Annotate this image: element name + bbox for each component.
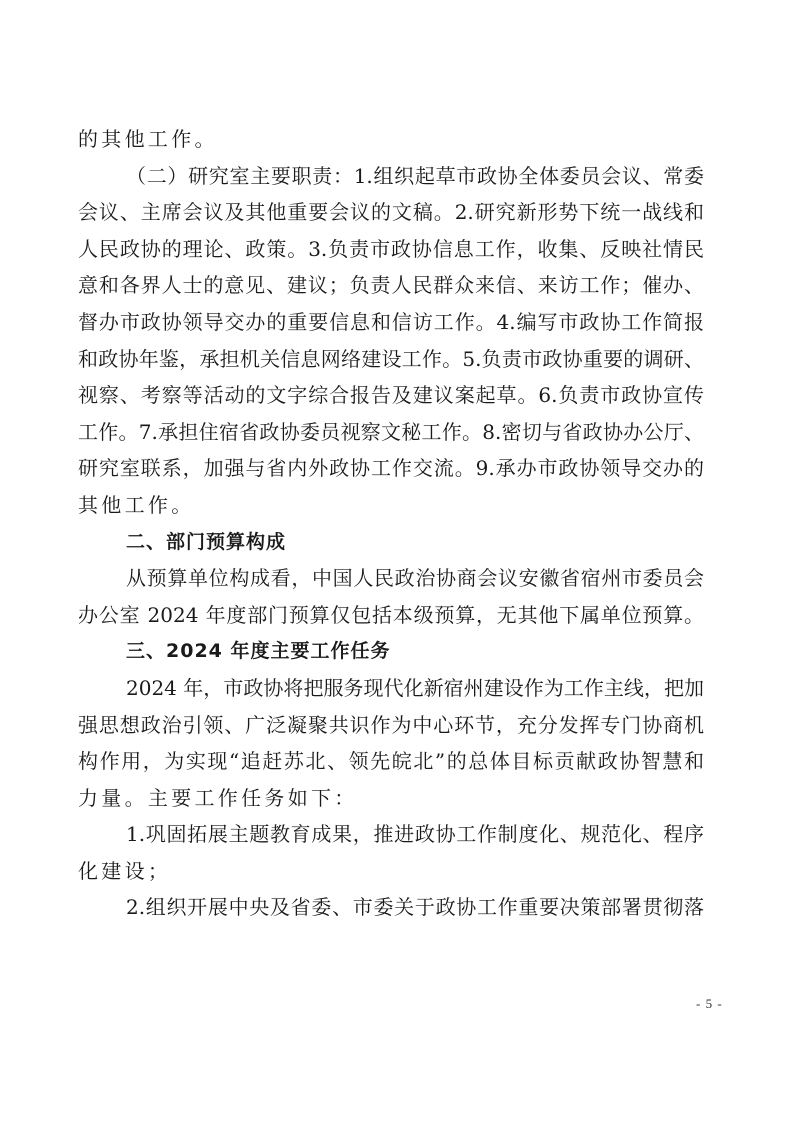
text-line: 构作用，为实现“追赶苏北、领先皖北”的总体目标贡献政协智慧和 [78, 743, 704, 780]
task-item-1: 1.巩固拓展主题教育成果，推进政协工作制度化、规范化、程序 [78, 816, 704, 853]
paragraph-budget-composition: 从预算单位构成看，中国人民政治协商会议安徽省宿州市委员会 [78, 560, 704, 597]
text-line: 其他工作。 [78, 487, 704, 524]
section-heading-main-tasks: 三、2024 年度主要工作任务 [78, 633, 704, 670]
paragraph-main-tasks-intro: 2024 年，市政协将把服务现代化新宿州建设作为工作主线，把加 [78, 670, 704, 707]
section-heading-budget-composition: 二、部门预算构成 [78, 524, 704, 561]
paragraph-research-office-duties: （二）研究室主要职责：1.组织起草市政协全体委员会议、常委 [78, 158, 704, 195]
text-line: 力量。主要工作任务如下： [78, 780, 704, 817]
text-line: 的其他工作。 [78, 121, 704, 158]
text-line: 督办市政协领导交办的重要信息和信访工作。4.编写市政协工作简报 [78, 304, 704, 341]
document-page: 的其他工作。 （二）研究室主要职责：1.组织起草市政协全体委员会议、常委 会议、… [0, 0, 793, 1122]
task-item-2: 2.组织开展中央及省委、市委关于政协工作重要决策部署贯彻落 [78, 889, 704, 926]
text-line: 意和各界人士的意见、建议；负责人民群众来信、来访工作；催办、 [78, 267, 704, 304]
text-line: 工作。7.承担住宿省政协委员视察文秘工作。8.密切与省政协办公厅、 [78, 414, 704, 451]
text-line: 人民政协的理论、政策。3.负责市政协信息工作，收集、反映社情民 [78, 231, 704, 268]
text-line: 和政协年鉴，承担机关信息网络建设工作。5.负责市政协重要的调研、 [78, 341, 704, 378]
text-line: 办公室 2024 年度部门预算仅包括本级预算，无其他下属单位预算。 [78, 597, 704, 634]
document-body: 的其他工作。 （二）研究室主要职责：1.组织起草市政协全体委员会议、常委 会议、… [78, 121, 704, 926]
text-line: 研究室联系，加强与省内外政协工作交流。9.承办市政协领导交办的 [78, 450, 704, 487]
text-line: 视察、考察等活动的文字综合报告及建议案起草。6.负责市政协宣传 [78, 377, 704, 414]
text-line: 化建设； [78, 853, 704, 890]
page-number: - 5 - [696, 996, 723, 1012]
text-line: 强思想政治引领、广泛凝聚共识作为中心环节，充分发挥专门协商机 [78, 707, 704, 744]
text-line: 会议、主席会议及其他重要会议的文稿。2.研究新形势下统一战线和 [78, 194, 704, 231]
